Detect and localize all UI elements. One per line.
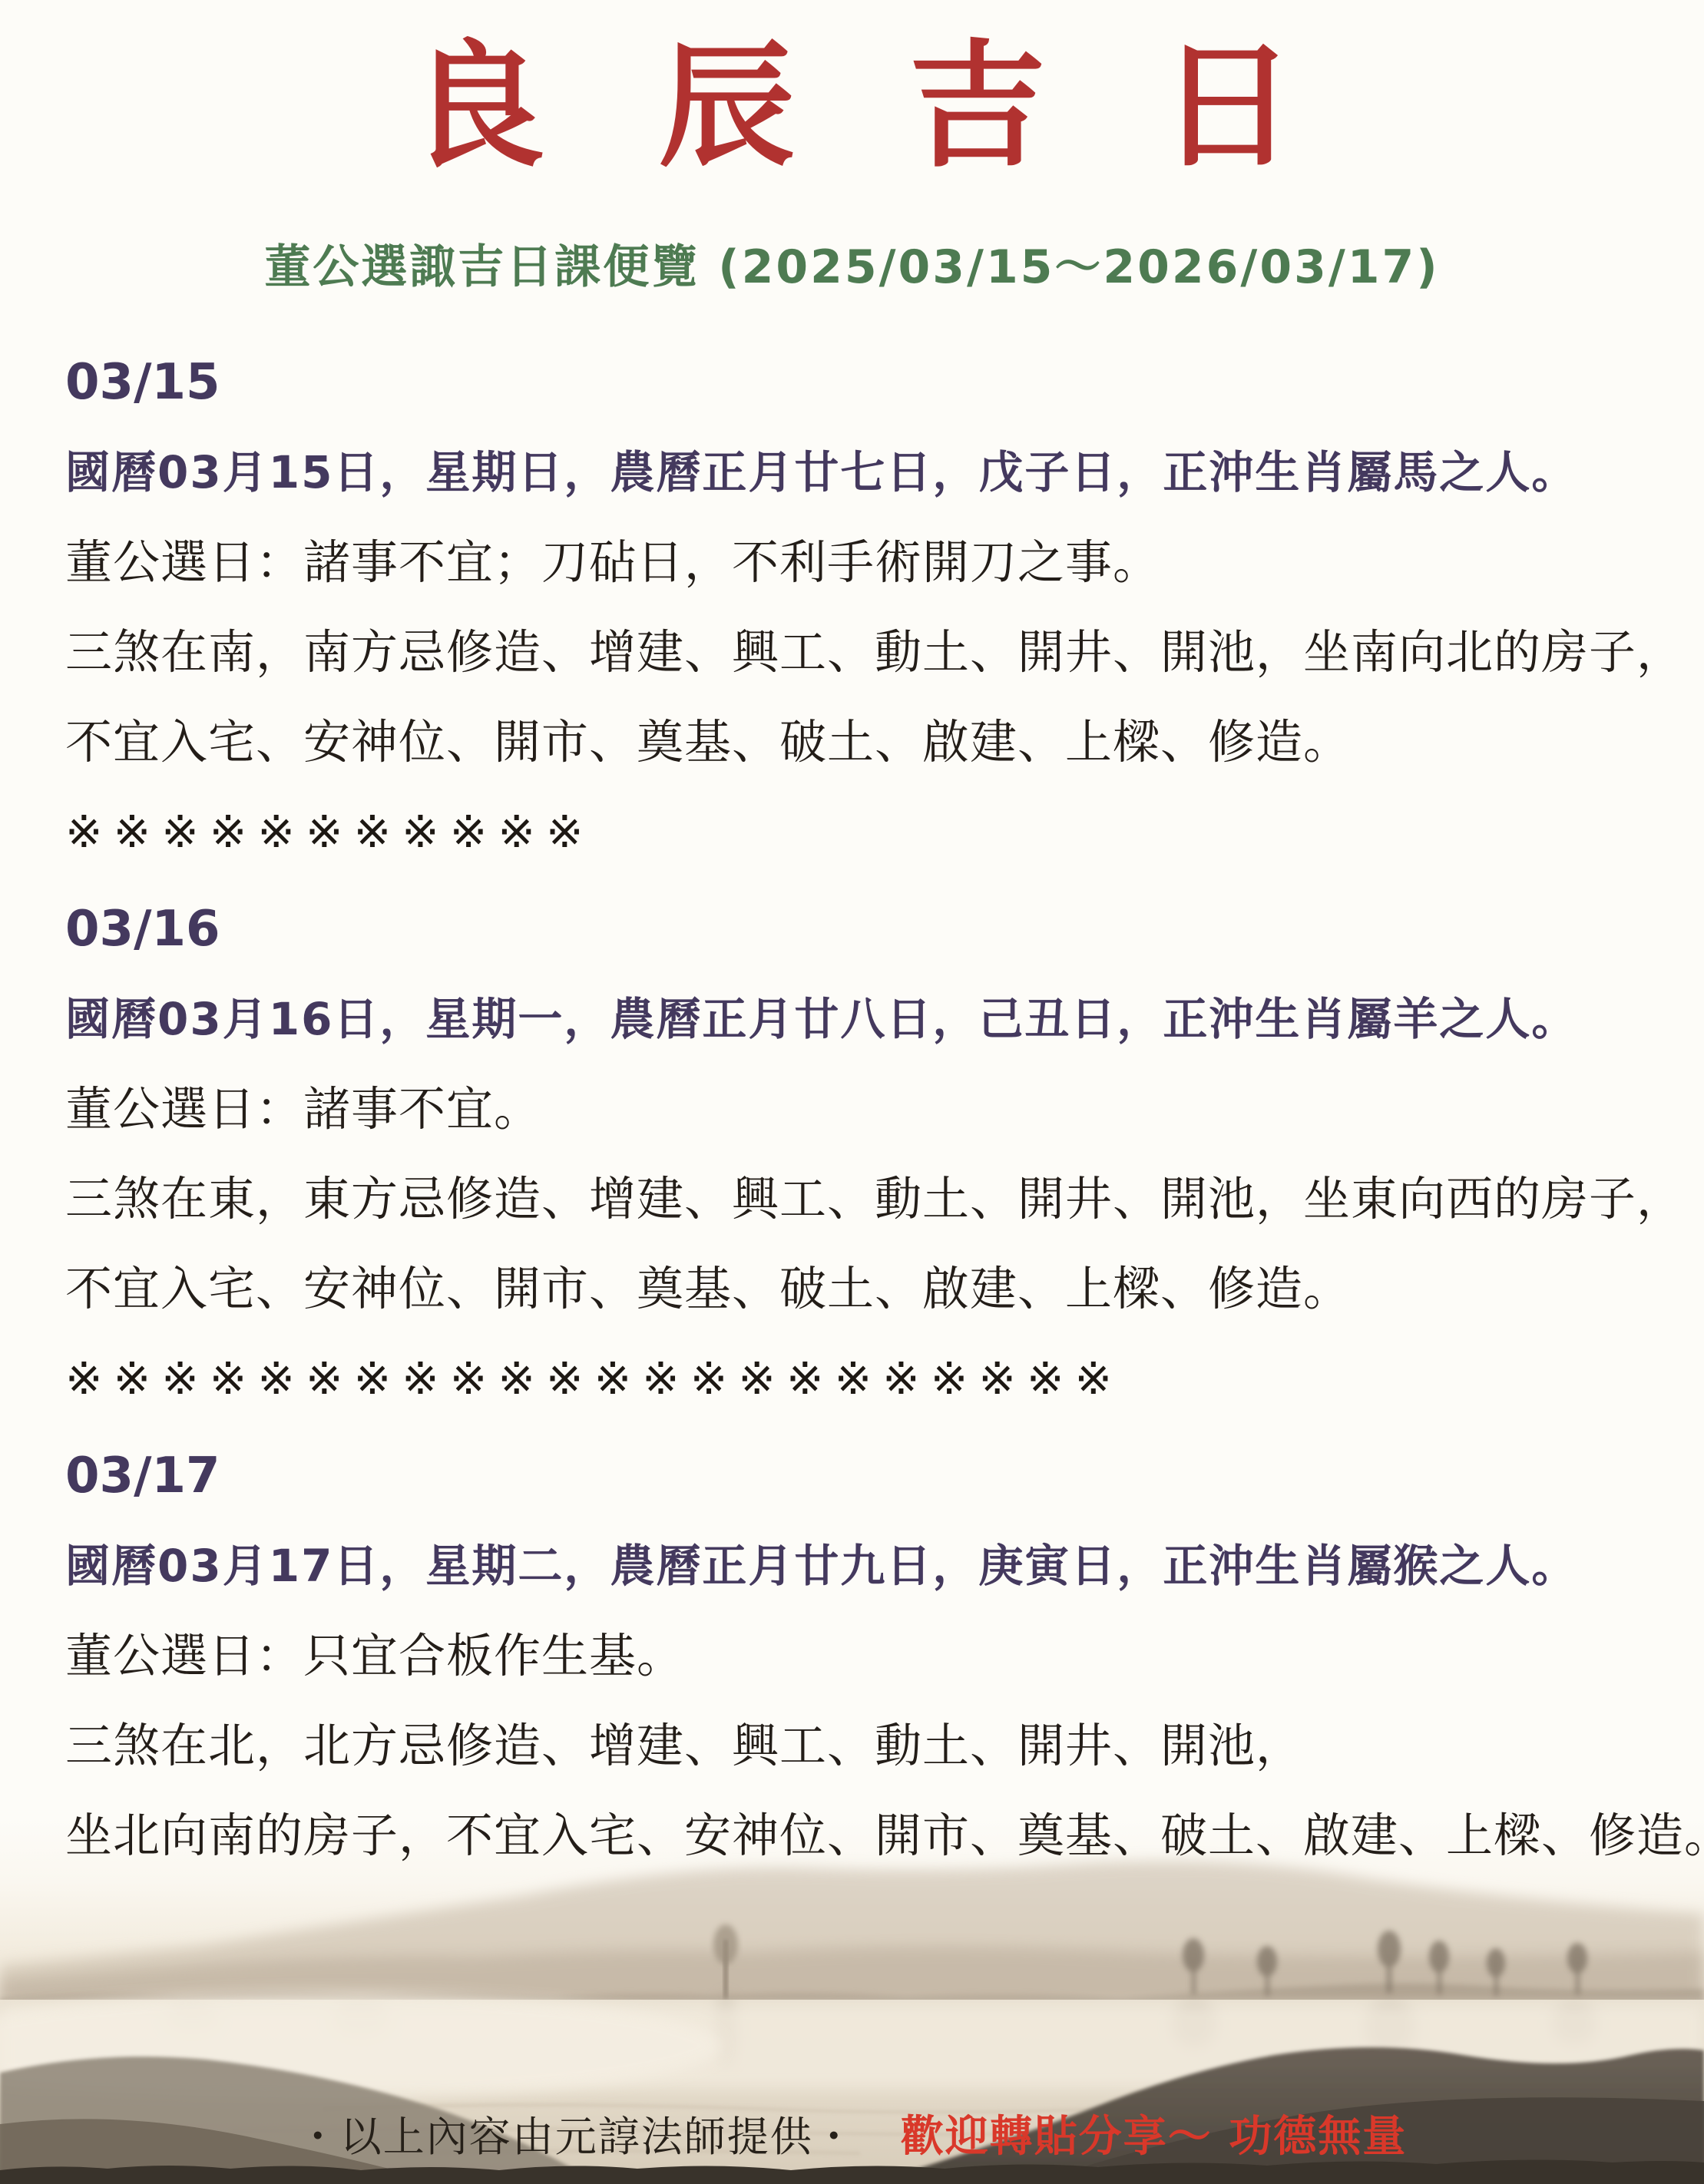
day-summary-line: 國曆03月15日，星期日，農曆正月廿七日，戊子日，正沖生肖屬馬之人。 <box>65 428 1658 518</box>
taboo-line: 不宜入宅、安神位、開市、奠基、破土、啟建、上樑、修造。 <box>65 1244 1658 1334</box>
reference-marks-divider: ※※※※※※※※※※※ <box>65 787 1658 877</box>
footer-provider-text: ・以上內容由元諄法師提供・ <box>297 2104 856 2163</box>
day-summary-line: 國曆03月17日，星期二，農曆正月廿九日，庚寅日，正沖生肖屬猴之人。 <box>65 1521 1658 1611</box>
almanac-content: 03/15 國曆03月15日，星期日，農曆正月廿七日，戊子日，正沖生肖屬馬之人。… <box>65 338 1658 1881</box>
date-heading: 03/15 <box>65 338 1658 428</box>
day-section-0315: 03/15 國曆03月15日，星期日，農曆正月廿七日，戊子日，正沖生肖屬馬之人。… <box>65 338 1658 877</box>
taboo-line: 三煞在北，北方忌修造、增建、興工、動土、開井、開池， <box>65 1701 1658 1791</box>
date-heading: 03/17 <box>65 1431 1658 1521</box>
date-heading: 03/16 <box>65 885 1658 975</box>
advice-line: 董公選日：諸事不宜；刀砧日，不利手術開刀之事。 <box>65 518 1658 607</box>
almanac-poster: { "page": { "title": "良辰吉日", "subtitle":… <box>0 0 1704 2184</box>
taboo-line: 三煞在南，南方忌修造、增建、興工、動土、開井、開池，坐南向北的房子， <box>65 607 1658 697</box>
taboo-line: 三煞在東，東方忌修造、增建、興工、動土、開井、開池，坐東向西的房子， <box>65 1154 1658 1244</box>
page-title: 良辰吉日 <box>0 22 1704 193</box>
advice-line: 董公選日：只宜合板作生基。 <box>65 1611 1658 1701</box>
page-subtitle: 董公選諏吉日課便覽 (2025/03/15～2026/03/17) <box>0 230 1704 296</box>
footer-share-text: 歡迎轉貼分享～ 功德無量 <box>901 2103 1408 2164</box>
day-section-0316: 03/16 國曆03月16日，星期一，農曆正月廿八日，己丑日，正沖生肖屬羊之人。… <box>65 885 1658 1424</box>
advice-line: 董公選日：諸事不宜。 <box>65 1064 1658 1154</box>
taboo-line: 坐北向南的房子，不宜入宅、安神位、開市、奠基、破土、啟建、上樑、修造。 <box>65 1791 1658 1881</box>
day-summary-line: 國曆03月16日，星期一，農曆正月廿八日，己丑日，正沖生肖屬羊之人。 <box>65 975 1658 1064</box>
day-section-0317: 03/17 國曆03月17日，星期二，農曆正月廿九日，庚寅日，正沖生肖屬猴之人。… <box>65 1431 1658 1881</box>
footer: ・以上內容由元諄法師提供・ 歡迎轉貼分享～ 功德無量 <box>0 2103 1704 2164</box>
reference-marks-divider: ※※※※※※※※※※※※※※※※※※※※※※ <box>65 1334 1658 1424</box>
taboo-line: 不宜入宅、安神位、開市、奠基、破土、啟建、上樑、修造。 <box>65 697 1658 787</box>
